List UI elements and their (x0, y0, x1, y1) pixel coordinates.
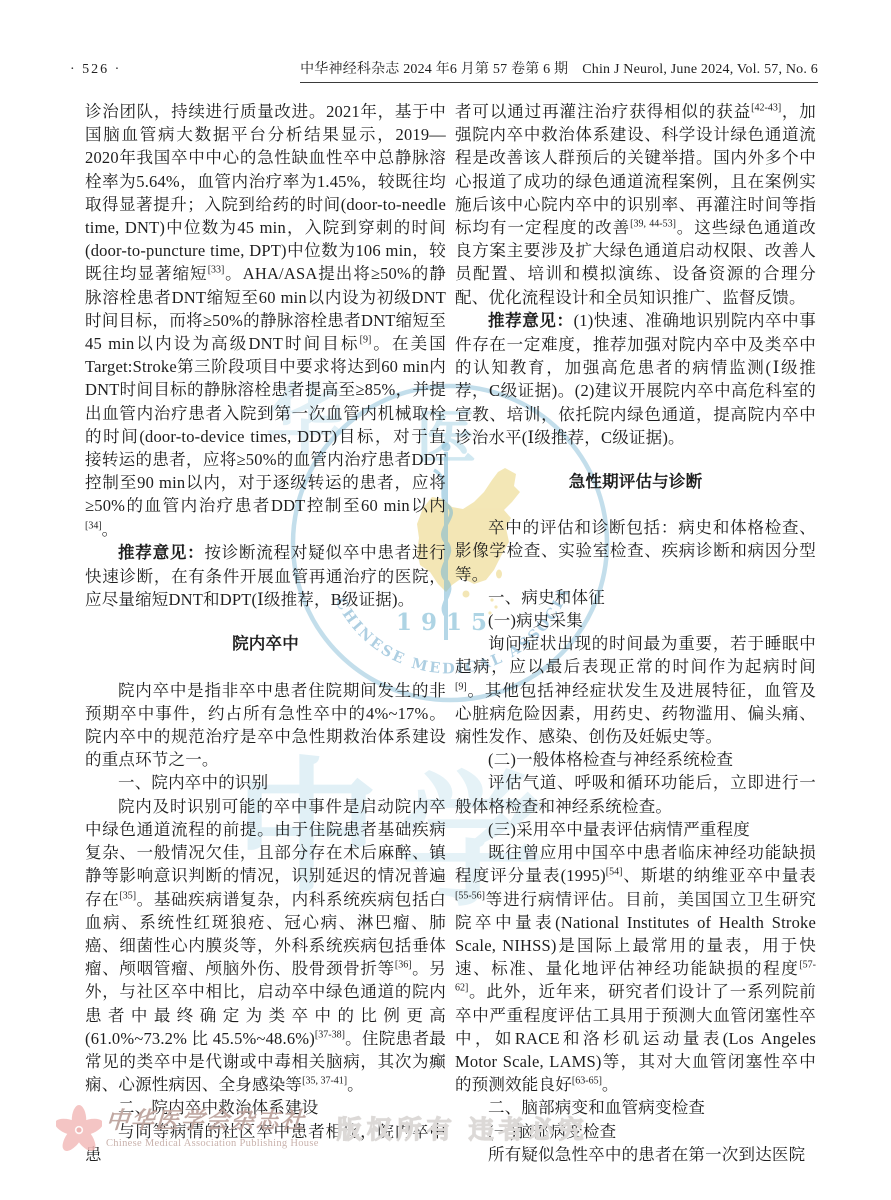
text-run: 一、病史和体征 (488, 588, 605, 607)
content-layer: · 526 · 中华神经科杂志 2024 年6 月第 57 卷第 6 期Chin… (0, 0, 891, 1200)
text-run: 诊治团队，持续进行质量改进。2021年，基于中国脑血管病大数据平台分析结果显示，… (85, 102, 446, 283)
reference-marker: [39, 44-53] (630, 219, 676, 230)
text-run: 、斯堪的纳维亚卒中量表 (622, 866, 816, 885)
text-run: 者可以通过再灌注治疗获得相似的获益 (455, 102, 751, 121)
text-column-right: 者可以通过再灌注治疗获得相似的获益[42-43]，加强院内卒中救治体系建设、科学… (455, 100, 816, 1166)
page-header: · 526 · 中华神经科杂志 2024 年6 月第 57 卷第 6 期Chin… (70, 58, 818, 83)
publisher-name-en: Chinese Medical Association Publishing H… (106, 1138, 319, 1149)
journal-page: 1915 CHINESE MEDICAL ASSOCIATION 华医中学 · … (0, 0, 891, 1200)
reference-marker: [37-38] (315, 1029, 345, 1040)
text-run: 一、院内卒中的识别 (118, 773, 268, 792)
text-run: 院内卒中是指非卒中患者住院期间发生的非预期卒中事件，约占所有急性卒中的4%~17… (85, 681, 446, 770)
paragraph: 诊治团队，持续进行质量改进。2021年，基于中国脑血管病大数据平台分析结果显示，… (85, 100, 446, 541)
paragraph: 评估气道、呼吸和循环功能后，立即进行一般体格检查和神经系统检查。 (455, 771, 816, 817)
paragraph: 既往曾应用中国卒中患者临床神经功能缺损程度评分量表(1995)[54]、斯堪的纳… (455, 841, 816, 1096)
paragraph: (二)一般体格检查与神经系统检查 (455, 748, 816, 771)
text-run: 。 (102, 520, 119, 539)
text-run: (三)采用卒中量表评估病情严重程度 (488, 820, 750, 839)
reference-marker: [42-43] (751, 103, 781, 114)
reference-marker: [35, 37-41] (302, 1076, 347, 1087)
publisher-name-cn: 中华医学会杂志社 (105, 1102, 320, 1135)
publisher-watermark: 中华医学会杂志社 Chinese Medical Association Pub… (56, 1102, 589, 1154)
text-run: 。其他包括神经症状发生及进展特征，血管及心脏病危险因素，用药史、药物滥用、偏头痛… (455, 681, 816, 746)
paragraph: (一)病史采集 (455, 609, 816, 632)
reference-marker: [9] (455, 681, 467, 692)
journal-title-cn: 中华神经科杂志 2024 年6 月第 57 卷第 6 期 (300, 62, 568, 77)
paragraph: (三)采用卒中量表评估病情严重程度 (455, 818, 816, 841)
paragraph: 一、病史和体征 (455, 586, 816, 609)
text-run: 评估气道、呼吸和循环功能后，立即进行一般体格检查和神经系统检查。 (455, 773, 816, 815)
reference-marker: [34] (85, 520, 102, 531)
text-run: ，加强院内卒中救治体系建设、科学设计绿色通道流程是改善该人群预后的关键举措。国内… (455, 102, 816, 237)
page-number: · 526 · (70, 62, 121, 83)
text-run: 等进行病情评估。目前，美国国立卫生研究院卒中量表(National Instit… (455, 890, 816, 979)
paragraph: 者可以通过再灌注治疗获得相似的获益[42-43]，加强院内卒中救治体系建设、科学… (455, 100, 816, 309)
copyright-watermark: 版权所有 违者必究 (337, 1110, 589, 1146)
paragraph: 推荐意见：按诊断流程对疑似卒中患者进行快速诊断，在有条件开展血管再通治疗的医院，… (85, 541, 446, 612)
paragraph: 院内卒中是指非卒中患者住院期间发生的非预期卒中事件，约占所有急性卒中的4%~17… (85, 679, 446, 772)
paragraph: 院内及时识别可能的卒中事件是启动院内卒中绿色通道流程的前提。由于住院患者基础疾病… (85, 795, 446, 1097)
text-run: 。此外，近年来，研究者们设计了一系列院前卒中严重程度评估工具用于预测大血管闭塞性… (455, 982, 816, 1094)
text-run: 卒中的评估和诊断包括：病史和体格检查、影像学检查、实验室检查、疾病诊断和病因分型… (455, 518, 816, 583)
text-run: (1)快速、准确地识别院内卒中事件存在一定难度，推荐加强对院内卒中及类卒中的认知… (455, 311, 816, 447)
text-run: (二)一般体格检查与神经系统检查 (488, 750, 733, 769)
text-run: 。在美国Target:Stroke第三阶段项目中要求将达到60 min内DNT时… (85, 334, 446, 515)
section-heading: 院内卒中 (85, 633, 446, 656)
journal-title-en: Chin J Neurol, June 2024, Vol. 57, No. 6 (582, 62, 818, 77)
publisher-names: 中华医学会杂志社 Chinese Medical Association Pub… (106, 1102, 319, 1149)
text-run: 。基础疾病谱复杂，内科系统疾病包括白血病、系统性红斑狼疮、冠心病、淋巴瘤、肺癌、… (85, 890, 446, 979)
reference-marker: [33] (208, 265, 225, 276)
reference-marker: [55-56] (455, 890, 485, 901)
reference-marker: [54] (606, 867, 623, 878)
bold-lead-label: 推荐意见： (118, 544, 204, 562)
reference-marker: [63-65] (572, 1076, 602, 1087)
paragraph: 推荐意见：(1)快速、准确地识别院内卒中事件存在一定难度，推荐加强对院内卒中及类… (455, 309, 816, 449)
paragraph: 询问症状出现的时间最为重要，若于睡眠中起病，应以最后表现正常的时间作为起病时间[… (455, 632, 816, 748)
paragraph: 一、院内卒中的识别 (85, 771, 446, 794)
reference-marker: [35] (119, 890, 136, 901)
reference-marker: [36] (395, 960, 412, 971)
text-run: 。 (347, 1075, 364, 1094)
publisher-flower-icon (56, 1104, 102, 1154)
reference-marker: [9] (360, 335, 372, 346)
text-run: 询问症状出现的时间最为重要，若于睡眠中起病，应以最后表现正常的时间作为起病时间 (455, 634, 816, 676)
paragraph: 卒中的评估和诊断包括：病史和体格检查、影像学检查、实验室检查、疾病诊断和病因分型… (455, 516, 816, 586)
section-heading: 急性期评估与诊断 (455, 471, 816, 494)
text-column-left: 诊治团队，持续进行质量改进。2021年，基于中国脑血管病大数据平台分析结果显示，… (85, 100, 446, 1166)
bold-lead-label: 推荐意见： (488, 312, 574, 330)
text-run: (一)病史采集 (488, 611, 583, 630)
text-run: 。 (602, 1075, 619, 1094)
journal-reference: 中华神经科杂志 2024 年6 月第 57 卷第 6 期Chin J Neuro… (300, 58, 818, 83)
